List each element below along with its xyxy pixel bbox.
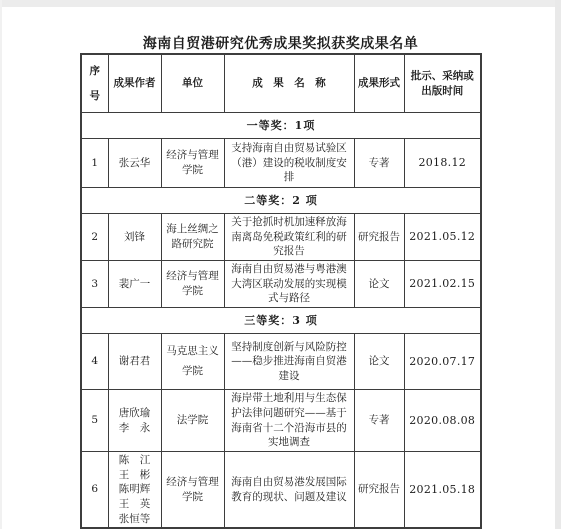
cell-date: 2020.08.08: [404, 390, 481, 452]
cell-authors: 张云华: [108, 139, 161, 188]
cell-no: 5: [81, 390, 108, 452]
table-header-row: 序 号 成果作者 单位 成 果 名 称 成果形式 批示、采纳或 出版时间: [81, 54, 481, 113]
cell-name: 海岸带土地利用与生态保护法律问题研究——基于海南省十二个沿海市县的实地调查: [224, 390, 354, 452]
cell-date: 2021.05.18: [404, 451, 481, 528]
section-row-first-prize: 一等奖：1项: [81, 113, 481, 139]
cell-no: 3: [81, 261, 108, 308]
cell-no: 6: [81, 451, 108, 528]
table-row: 4 谢君君 马克思主义 学院 坚持制度创新与风险防控——稳步推进海南自贸港建设 …: [81, 334, 481, 390]
cell-date: 2021.02.15: [404, 261, 481, 308]
cell-unit: 海上丝绸之 路研究院: [161, 214, 224, 261]
cell-unit: 经济与管理 学院: [161, 261, 224, 308]
page-edge-left: [0, 0, 2, 529]
cell-form: 研究报告: [354, 214, 404, 261]
section-row-second-prize: 二等奖：2 项: [81, 188, 481, 214]
section-row-third-prize: 三等奖：3 项: [81, 308, 481, 334]
section-label-first-prize: 一等奖：1项: [81, 113, 481, 139]
table-row: 5 唐欣瑜 李 永 法学院 海岸带土地利用与生态保护法律问题研究——基于海南省十…: [81, 390, 481, 452]
column-header-unit: 单位: [161, 54, 224, 113]
awards-table: 序 号 成果作者 单位 成 果 名 称 成果形式 批示、采纳或 出版时间 一等奖…: [80, 53, 482, 529]
cell-authors: 刘锋: [108, 214, 161, 261]
cell-form: 论文: [354, 261, 404, 308]
cell-unit: 马克思主义 学院: [161, 334, 224, 390]
cell-authors: 唐欣瑜 李 永: [108, 390, 161, 452]
section-label-third-prize: 三等奖：3 项: [81, 308, 481, 334]
column-header-name: 成 果 名 称: [224, 54, 354, 113]
document-page: 海南自贸港研究优秀成果奖拟获奖成果名单 序 号 成果作者 单位 成 果 名 称 …: [0, 0, 561, 529]
table-row: 1 张云华 经济与管理 学院 支持海南自由贸易试验区（港）建设的税收制度安排 专…: [81, 139, 481, 188]
cell-unit: 法学院: [161, 390, 224, 452]
cell-name: 支持海南自由贸易试验区（港）建设的税收制度安排: [224, 139, 354, 188]
cell-form: 专著: [354, 139, 404, 188]
cell-authors: 谢君君: [108, 334, 161, 390]
section-label-second-prize: 二等奖：2 项: [81, 188, 481, 214]
column-header-date: 批示、采纳或 出版时间: [404, 54, 481, 113]
page-title: 海南自贸港研究优秀成果奖拟获奖成果名单: [0, 33, 561, 53]
table-row: 2 刘锋 海上丝绸之 路研究院 关于抢抓时机加速释放海南离岛免税政策红利的研究报…: [81, 214, 481, 261]
cell-date: 2018.12: [404, 139, 481, 188]
table-row: 6 陈 江 王 彬 陈明辉 王 英 张恒等 经济与管理 学院 海南自由贸易港发展…: [81, 451, 481, 528]
cell-unit: 经济与管理 学院: [161, 139, 224, 188]
cell-form: 论文: [354, 334, 404, 390]
cell-name: 海南自由贸易港与粤港澳大湾区联动发展的实现模式与路径: [224, 261, 354, 308]
cell-date: 2021.05.12: [404, 214, 481, 261]
cell-authors: 陈 江 王 彬 陈明辉 王 英 张恒等: [108, 451, 161, 528]
cell-no: 2: [81, 214, 108, 261]
cell-authors: 裴广一: [108, 261, 161, 308]
page-edge-top: [0, 0, 561, 7]
cell-no: 1: [81, 139, 108, 188]
cell-name: 坚持制度创新与风险防控——稳步推进海南自贸港建设: [224, 334, 354, 390]
page-edge-right: [555, 0, 561, 529]
cell-form: 研究报告: [354, 451, 404, 528]
column-header-no: 序 号: [81, 54, 108, 113]
cell-form: 专著: [354, 390, 404, 452]
column-header-authors: 成果作者: [108, 54, 161, 113]
cell-name: 关于抢抓时机加速释放海南离岛免税政策红利的研究报告: [224, 214, 354, 261]
awards-table-body: 序 号 成果作者 单位 成 果 名 称 成果形式 批示、采纳或 出版时间 一等奖…: [81, 54, 481, 528]
cell-date: 2020.07.17: [404, 334, 481, 390]
cell-name: 海南自由贸易港发展国际教育的现状、问题及建议: [224, 451, 354, 528]
table-row: 3 裴广一 经济与管理 学院 海南自由贸易港与粤港澳大湾区联动发展的实现模式与路…: [81, 261, 481, 308]
cell-no: 4: [81, 334, 108, 390]
cell-unit: 经济与管理 学院: [161, 451, 224, 528]
column-header-form: 成果形式: [354, 54, 404, 113]
